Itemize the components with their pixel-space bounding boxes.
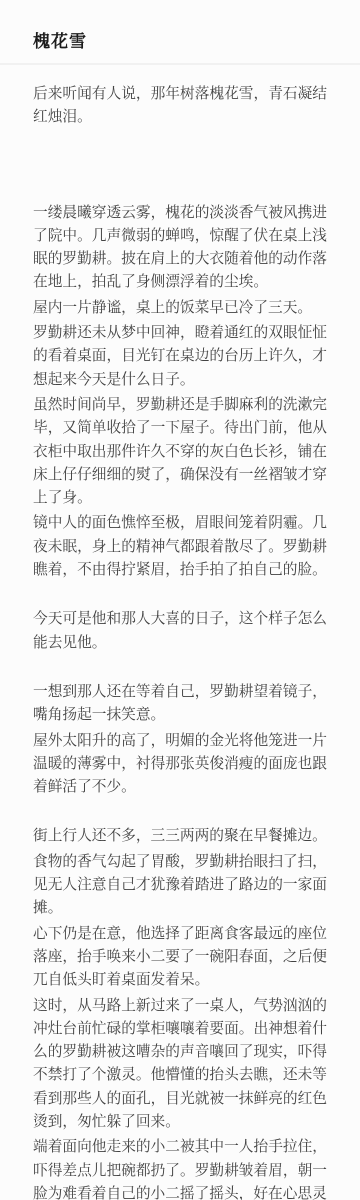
story-paragraph: 后来听闻有人说，那年树落槐花雪，青石凝结红烛泪。 [33, 81, 327, 130]
story-paragraph: 街上行人还不多，三三两两的聚在早餐摊边。 [33, 799, 327, 848]
chapter-title: 槐花雪 [33, 29, 327, 54]
story-paragraph: 罗勤耕还未从梦中回神，瞪着通红的双眼怔怔的看着桌面，目光钉在桌边的台历上许久，才… [33, 320, 327, 392]
story-paragraph: 这时，从马路上新过来了一桌人，气势汹汹的冲灶台前忙碌的掌柜嚷嚷着要面。出神想着什… [33, 993, 327, 1135]
story-paragraph: 一想到那人还在等着自己，罗勤耕望着镜子，嘴角扬起一抹笑意。 [33, 655, 327, 728]
story-paragraph: 今天可是他和那人大喜的日子，这个样子怎么能去见他。 [33, 582, 327, 655]
story-content[interactable]: 后来听闻有人说，那年树落槐花雪，青石凝结红烛泪。一缕晨曦穿透云雾，槐花的淡淡香气… [0, 65, 360, 1200]
story-paragraph: 心下仍是在意，他选择了距离食客最远的座位落座，抬手唤来小二要了一碗阳春面，之后便… [33, 921, 327, 993]
reader-screen: 槐花雪 后来听闻有人说，那年树落槐花雪，青石凝结红烛泪。一缕晨曦穿透云雾，槐花的… [0, 0, 360, 1200]
story-paragraph: 镜中人的面色憔悴至极，眉眼间笼着阴霾。几夜未眠，身上的精神气都跟着散尽了。罗勤耕… [33, 510, 327, 582]
story-paragraph: 一缕晨曦穿透云雾，槐花的淡淡香气被风携进了院中。几声微弱的蝉鸣，惊醒了伏在桌上浅… [33, 130, 327, 295]
story-paragraph: 食物的香气勾起了胃酸，罗勤耕抬眼扫了扫，见无人注意自己才犹豫着踏进了路边的一家面… [33, 849, 327, 921]
story-paragraph: 屋外太阳升的高了，明媚的金光将他笼进一片温暖的薄雾中，衬得那张英俊消瘦的面庞也跟… [33, 728, 327, 800]
story-paragraph: 虽然时间尚早，罗勤耕还是手脚麻利的洗漱完毕，又简单收拾了一下屋子。待出门前，他从… [33, 392, 327, 510]
story-paragraph: 端着面向他走来的小二被其中一人抬手拉住，吓得差点儿把碗都扔了。罗勤耕皱着眉，朝一… [33, 1134, 327, 1200]
story-paragraph: 屋内一片静谧，桌上的饭菜早已冷了三天。 [33, 295, 327, 320]
article-header: 槐花雪 [0, 0, 360, 54]
